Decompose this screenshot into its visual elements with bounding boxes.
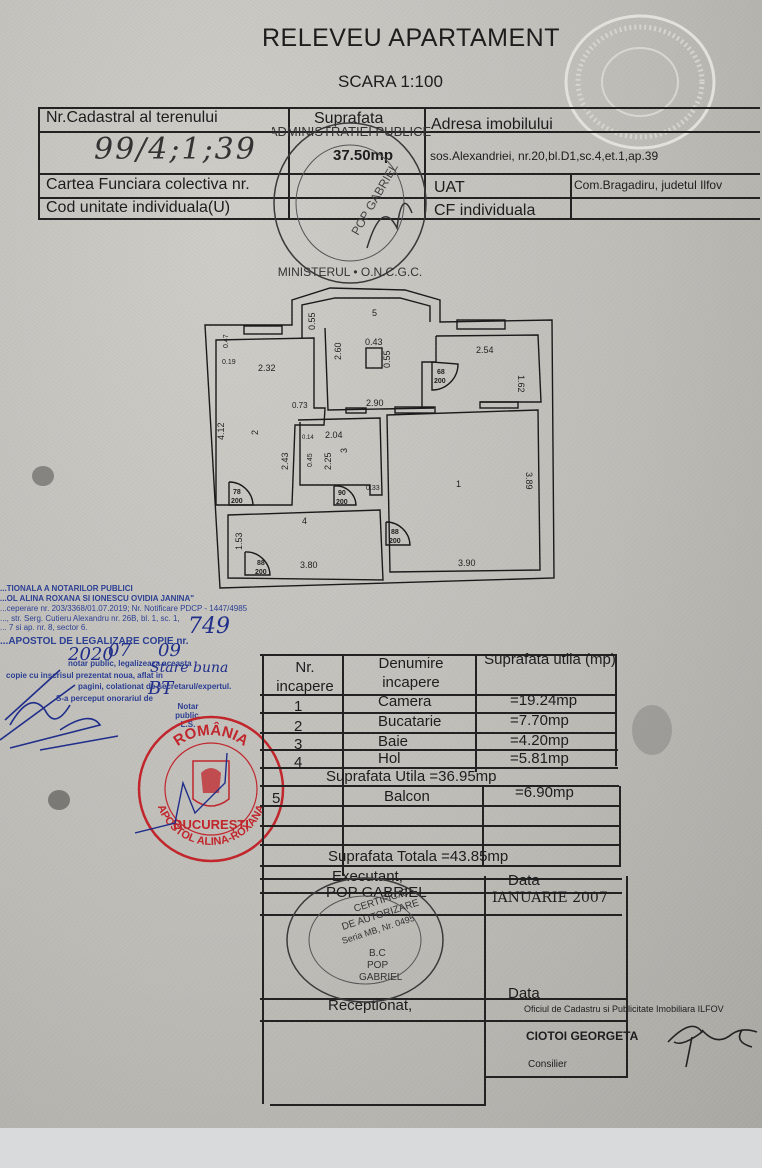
dim-room-top-depth: 1.62 [516, 375, 526, 393]
dim-balcony-depth: 2.60 [333, 342, 343, 360]
grand-total: Suprafata Totala =43.85mp [328, 848, 508, 865]
room-3-number: 3 [294, 736, 302, 753]
room-3-area: =4.20mp [510, 732, 569, 749]
ink-smudge [32, 466, 54, 486]
room-1-name: Camera [378, 693, 431, 710]
room-number-2: 2 [250, 430, 260, 435]
door-78-width: 78 [233, 489, 241, 496]
header-room-name: Denumire incapere [352, 654, 470, 692]
ministry-stamp-icon: ADMINISTRATIEI PUBLICE MINISTERUL • O.N.… [272, 118, 432, 288]
dim-hall-width: 3.80 [300, 560, 318, 570]
dim-room-length: 3.89 [524, 472, 534, 490]
official-signature-icon [662, 1012, 762, 1072]
dim-hall-depth: 1.53 [234, 532, 244, 550]
official-name: CIOTOI GEORGETA [526, 1029, 638, 1043]
ink-smudge [48, 790, 70, 810]
door-78-height: 200 [231, 498, 243, 505]
dim-balcony-side: 0.55 [307, 312, 317, 330]
uat-label: UAT [434, 179, 465, 197]
room-4-area: =5.81mp [510, 750, 569, 767]
notary-header-line-3: ...ceperare nr. 203/3368/01.07.2019; Nr.… [0, 604, 247, 613]
dim-kitchen-inner: 2.43 [280, 452, 290, 470]
date-label-2: Data [508, 985, 540, 1002]
dim-column-h: 0.55 [382, 350, 392, 368]
dim-bath-offset: 0.33 [366, 485, 380, 492]
document-title: RELEVEU APARTAMENT [262, 24, 560, 53]
notary-header-line-4: ..., str. Serg. Cutieru Alexandru nr. 26… [0, 614, 180, 623]
notary-fee: BT [148, 678, 173, 699]
header-room-number: Nr. incapere [270, 658, 340, 696]
dim-bath-length: 2.25 [323, 452, 333, 470]
official-title: Consilier [528, 1059, 567, 1070]
svg-text:POP: POP [367, 960, 388, 971]
notary-header-line-5: ... 7 si ap. nr. 8, sector 6. [0, 623, 88, 632]
svg-text:MINISTERUL • O.N.C.G.C.: MINISTERUL • O.N.C.G.C. [278, 265, 422, 279]
door-88a-width: 88 [391, 529, 399, 536]
room-2-number: 2 [294, 718, 302, 735]
room-1-area: =19.24mp [510, 692, 577, 709]
document-scale: SCARA 1:100 [338, 72, 443, 92]
date-label-1: Data [508, 872, 540, 889]
door-88b-width: 88 [257, 560, 265, 567]
ink-smudge [632, 705, 672, 755]
floor-plan: 5 0.43 2.60 0.55 0.55 2.90 2.32 0.19 0.4… [200, 280, 560, 600]
door-68-width: 68 [437, 369, 445, 376]
svg-text:ROMÂNIA: ROMÂNIA [171, 721, 252, 750]
ministry-stamp-lower-icon: CERTIFICAT DE AUTORIZARE Seria MB, Nr. 0… [285, 872, 450, 1007]
door-90-width: 90 [338, 490, 346, 497]
room-5-name: Balcon [384, 788, 430, 805]
door-68-height: 200 [434, 378, 446, 385]
room-number-5: 5 [372, 308, 377, 318]
dim-room-width: 3.90 [458, 558, 476, 568]
dim-kitchen-length: 4.12 [216, 422, 226, 440]
page-background-strip [0, 1128, 762, 1168]
door-88a-height: 200 [389, 538, 401, 545]
dim-kitchen-offset: 0.73 [292, 401, 308, 410]
svg-text:B.C: B.C [369, 948, 386, 959]
svg-text:GABRIEL: GABRIEL [359, 972, 403, 983]
address-value: sos.Alexandriei, nr.20,bl.D1,sc.4,et.1,a… [430, 149, 658, 163]
svg-text:ADMINISTRATIEI PUBLICE: ADMINISTRATIEI PUBLICE [272, 124, 431, 139]
dim-balcony-width: 2.90 [366, 398, 384, 408]
legalization-day: 09 [158, 640, 181, 661]
dim-room-top-width: 2.54 [476, 345, 494, 355]
dim-bath-width: 2.04 [325, 430, 343, 440]
header-room-area: Suprafata utila (mp) [480, 650, 620, 669]
room-number-1: 1 [456, 479, 461, 489]
dim-bath-small2: 0.45 [307, 453, 314, 467]
room-4-name: Hol [378, 750, 401, 767]
room-2-name: Bucatarie [378, 713, 441, 730]
dim-bath-small: 0.14 [302, 435, 314, 441]
address-label: Adresa imobilului [431, 116, 553, 134]
room-1-number: 1 [294, 698, 302, 715]
notary-text-2-hand: Stare buna [150, 660, 228, 676]
dim-kitchen-width: 2.32 [258, 363, 276, 373]
uat-value: Com.Bragadiru, judetul Ilfov [574, 178, 722, 192]
room-2-area: =7.70mp [510, 712, 569, 729]
svg-text:BUCUREȘTI: BUCUREȘTI [173, 817, 249, 832]
dim-column-w: 0.43 [365, 337, 383, 347]
room-4-number: 4 [294, 754, 302, 771]
notary-signature-icon [0, 650, 130, 760]
room-3-name: Baie [378, 733, 408, 750]
land-book-label: Cartea Funciara colectiva nr. [46, 176, 250, 194]
room-number-4: 4 [302, 516, 307, 526]
date-value-1: IANUARIE 2007 [492, 890, 608, 906]
door-88b-height: 200 [255, 569, 267, 576]
legalization-number: 749 [188, 614, 230, 639]
notary-header-line-2: ...OL ALINA ROXANA SI IONESCU OVIDIA JAN… [0, 594, 194, 603]
cf-label: CF individuala [434, 202, 535, 220]
room-5-area: =6.90mp [515, 784, 574, 801]
room-number-3: 3 [339, 448, 349, 453]
cadastral-value: 99/4;1;39 [94, 132, 257, 167]
cadastral-label: Nr.Cadastral al terenului [46, 109, 218, 127]
dim-kitchen-small: 0.19 [222, 359, 236, 366]
unit-code-label: Cod unitate individuala(U) [46, 199, 230, 217]
room-5-number: 5 [272, 790, 280, 807]
notary-header-line-1: ...TIONALA A NOTARILOR PUBLICI [0, 584, 133, 593]
useful-total: Suprafata Utila =36.95mp [326, 768, 497, 785]
door-90-height: 200 [336, 499, 348, 506]
dim-kitchen-small2: 0.47 [223, 334, 230, 348]
